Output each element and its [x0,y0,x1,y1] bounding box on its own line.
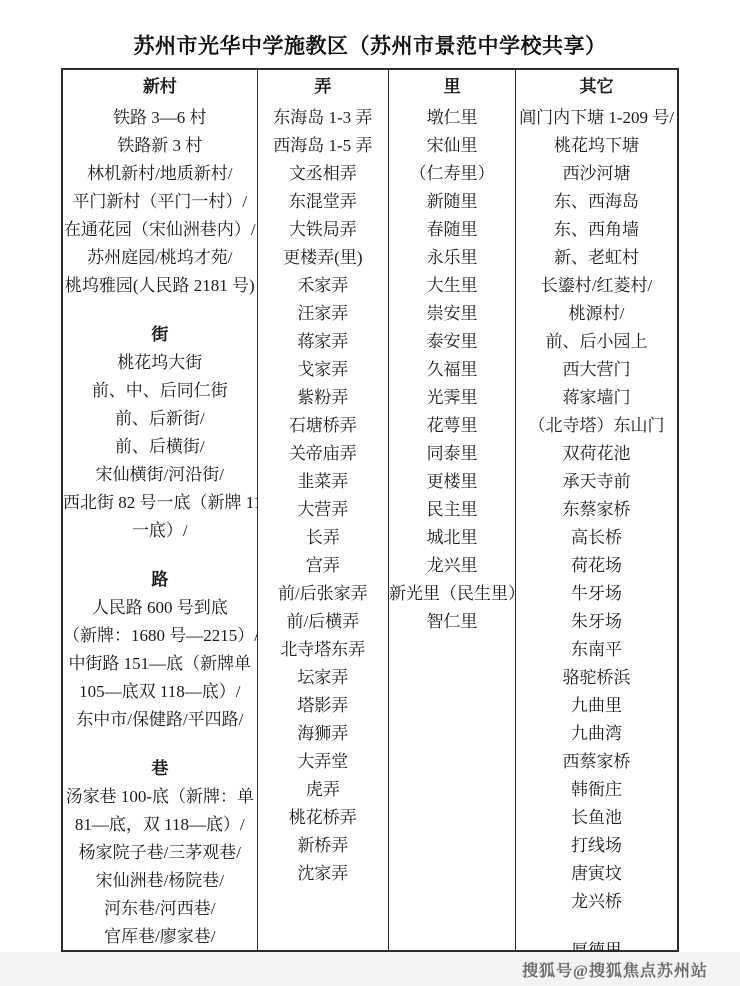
page-title: 苏州市光华中学施教区（苏州市景范中学校共享） [0,30,740,60]
table-cell: 高长桥 [516,524,677,552]
table-cell: 沈家弄 [258,860,388,888]
table-cell: 新光里（民生里） [389,580,515,608]
table-cell: 前/后张家弄 [258,580,388,608]
column-header: 里 [389,70,515,104]
table-cell: 桃坞雅园(人民路 2181 号) [63,272,257,300]
table-cell: 大营弄 [258,496,388,524]
table-cell: 西蔡家桥 [516,748,677,776]
table-cell: 大铁局弄 [258,216,388,244]
table-cell: 前、后新街/ [63,405,257,433]
table-cell: 花萼里 [389,412,515,440]
table-cell: 西大营门 [516,356,677,384]
table-cell: 东蔡家桥 [516,496,677,524]
table-cell: 永乐里 [389,244,515,272]
table-cell: 桃源村/ [516,300,677,328]
table-cell: 前、中、后同仁街 [63,377,257,405]
column-header: 弄 [258,70,388,104]
table-column-2: 弄东海岛 1-3 弄西海岛 1-5 弄文丞相弄东混堂弄大铁局弄更楼弄(里)禾家弄… [258,70,389,950]
table-cell: 双荷花池 [516,440,677,468]
column-header: 其它 [516,70,677,104]
table-cell: 城北里 [389,524,515,552]
table-cell: 石塘桥弄 [258,412,388,440]
table-cell: 更楼里 [389,468,515,496]
table-cell: 一底）/ [63,517,257,545]
section-header: 路 [63,566,257,594]
table-cell: 虎弄 [258,776,388,804]
table-cell: 同泰里 [389,440,515,468]
table-cell: 铁路新 3 村 [63,132,257,160]
blank-row [63,545,257,566]
table-cell: 汤家巷 100-底（新牌：单 [63,783,257,811]
blank-row [63,300,257,321]
table-cell: 中街路 151—底（新牌单 [63,650,257,678]
table-cell: 桃花坞下塘 [516,132,677,160]
table-cell: （仁寿里） [389,160,515,188]
table-cell: 81—底，双 118—底）/ [63,811,257,839]
page: 苏州市光华中学施教区（苏州市景范中学校共享） 新村铁路 3—6 村铁路新 3 村… [0,0,740,986]
table-column-4: 其它阊门内下塘 1-209 号/桃花坞下塘西沙河塘东、西海岛东、西角墙新、老虹村… [516,70,677,950]
table-cell: 大生里 [389,272,515,300]
table-cell: 九曲里 [516,692,677,720]
table-cell: 春随里 [389,216,515,244]
table-cell: 唐寅坟 [516,860,677,888]
table-cell: 禾家弄 [258,272,388,300]
table-cell: 戈家弄 [258,356,388,384]
table-cell: 塔影弄 [258,692,388,720]
table-cell: （新牌：1680 号—2215）/ [63,622,257,650]
table-cell: 坛家弄 [258,664,388,692]
table-cell: 蒋家弄 [258,328,388,356]
table-cell: （北寺塔）东山门 [516,412,677,440]
table-cell: 杨家院子巷/三茅观巷/ [63,839,257,867]
table-cell: 宫弄 [258,552,388,580]
table-cell: 西沙河塘 [516,160,677,188]
table-cell: 墩仁里 [389,104,515,132]
table-cell: 新随里 [389,188,515,216]
section-header: 街 [63,321,257,349]
table-cell: 厚德里 [516,937,677,950]
table-cell: 韭菜弄 [258,468,388,496]
table-cell: 龙兴里 [389,552,515,580]
table-cell: 九曲湾 [516,720,677,748]
table-cell: 宋仙洲巷/杨院巷/ [63,867,257,895]
table-cell: 官厍巷/廖家巷/ [63,923,257,950]
table-cell: 桃花坞大街 [63,349,257,377]
footer-strip: 搜狐号@搜狐焦点苏州站 [0,952,740,986]
table-cell: 东中市/保健路/平四路/ [63,706,257,734]
table-cell: 朱牙场 [516,608,677,636]
table-cell: 东混堂弄 [258,188,388,216]
table-cell: 骆驼桥浜 [516,664,677,692]
table-cell: 前、后小园上 [516,328,677,356]
table-cell: 105—底双 118—底）/ [63,678,257,706]
table-cell: 东、西角墙 [516,216,677,244]
table-cell: 更楼弄(里) [258,244,388,272]
table-cell: 新、老虹村 [516,244,677,272]
table-cell: 泰安里 [389,328,515,356]
table-cell: 智仁里 [389,608,515,636]
table-cell: 文丞相弄 [258,160,388,188]
table-cell: 东、西海岛 [516,188,677,216]
school-district-table: 新村铁路 3—6 村铁路新 3 村林机新村/地质新村/平门新村（平门一村）/在通… [61,68,679,952]
table-cell: 紫粉弄 [258,384,388,412]
watermark-text: 搜狐号@搜狐焦点苏州站 [522,958,708,981]
table-cell: 大弄堂 [258,748,388,776]
table-cell: 宋仙里 [389,132,515,160]
table-cell: 前/后横弄 [258,608,388,636]
table-cell: 牛牙场 [516,580,677,608]
table-cell: 长鎏村/红菱村/ [516,272,677,300]
table-cell: 关帝庙弄 [258,440,388,468]
table-cell: 打线场 [516,832,677,860]
table-cell: 汪家弄 [258,300,388,328]
table-cell: 蒋家墙门 [516,384,677,412]
table-cell: 西海岛 1-5 弄 [258,132,388,160]
table-cell: 荷花场 [516,552,677,580]
section-header: 巷 [63,755,257,783]
table-cell: 东南平 [516,636,677,664]
table-cell: 前、后横街/ [63,433,257,461]
table-cell: 承天寺前 [516,468,677,496]
table-cell: 北寺塔东弄 [258,636,388,664]
table-cell: 人民路 600 号到底 [63,594,257,622]
table-cell: 新桥弄 [258,832,388,860]
table-cell: 苏州庭园/桃坞才苑/ [63,244,257,272]
table-cell: 林机新村/地质新村/ [63,160,257,188]
table-cell: 崇安里 [389,300,515,328]
table-cell: 长鱼池 [516,804,677,832]
blank-row [516,916,677,937]
column-header: 新村 [63,70,257,104]
table-column-1: 新村铁路 3—6 村铁路新 3 村林机新村/地质新村/平门新村（平门一村）/在通… [63,70,258,950]
table-cell: 西北街 82 号一底（新牌 118 [63,489,257,517]
table-cell: 民主里 [389,496,515,524]
table-cell: 河东巷/河西巷/ [63,895,257,923]
blank-row [63,734,257,755]
table-column-3: 里墩仁里宋仙里（仁寿里）新随里春随里永乐里大生里崇安里泰安里久福里光霁里花萼里同… [389,70,516,950]
table-cell: 阊门内下塘 1-209 号/ [516,104,677,132]
table-cell: 长弄 [258,524,388,552]
table-cell: 海狮弄 [258,720,388,748]
table-cell: 龙兴桥 [516,888,677,916]
table-cell: 在通花园（宋仙洲巷内）/ [63,216,257,244]
table-cell: 韩衙庄 [516,776,677,804]
table-cell: 光霁里 [389,384,515,412]
table-cell: 久福里 [389,356,515,384]
table-cell: 东海岛 1-3 弄 [258,104,388,132]
table-cell: 平门新村（平门一村）/ [63,188,257,216]
table-cell: 桃花桥弄 [258,804,388,832]
table-cell: 宋仙横街/河沿街/ [63,461,257,489]
table-cell: 铁路 3—6 村 [63,104,257,132]
